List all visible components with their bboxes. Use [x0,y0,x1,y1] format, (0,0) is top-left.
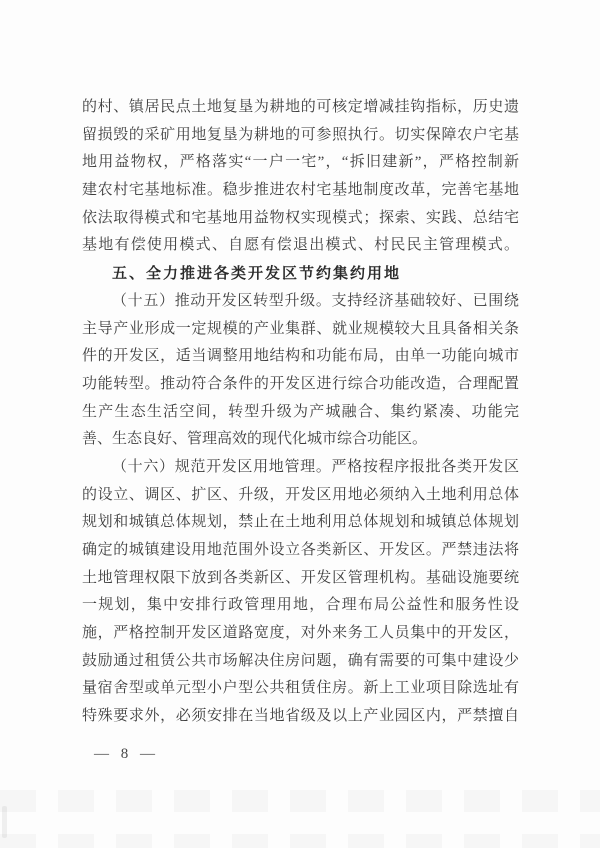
para-continued-from-previous-page: 的村、镇居民点土地复垦为耕地的可核定增减挂钩指标，历史遗留损毁的采矿用地复垦为耕… [82,94,519,260]
text-line: 建农村宅基地标准。稳步推进农村宅基地制度改革，完善宅基地 [82,177,519,205]
text-line: 确定的城镇建设用地范围外设立各类新区、开发区。严禁违法将 [82,537,519,565]
para-item-15: （十五）推动开发区转型升级。支持经济基础较好、已围绕主导产业形成一定规模的产业集… [82,288,519,454]
text-line: 主导产业形成一定规模的产业集群、就业规模较大且具备相关条 [82,316,519,344]
scan-artifact-band [0,790,600,812]
text-line: （十六）规范开发区用地管理。严格按程序报批各类开发区 [82,454,519,482]
text-line: （十五）推动开发区转型升级。支持经济基础较好、已围绕 [82,288,519,316]
text-line: 规划和城镇总体规划，禁止在土地利用总体规划和城镇总体规划 [82,509,519,537]
text-line: 留损毁的采矿用地复垦为耕地的可参照执行。切实保障农户宅基 [82,122,519,150]
text-line: 的设立、调区、扩区、升级，开发区用地必须纳入土地利用总体 [82,482,519,510]
section-heading-5: 五、全力推进各类开发区节约集约用地 [82,260,519,288]
text-line: 施，严格控制开发区道路宽度，对外来务工人员集中的开发区， [82,620,519,648]
text-line: 土地管理权限下放到各类新区、开发区管理机构。基础设施要统 [82,565,519,593]
scan-edge-mark [2,806,7,838]
text-line: 地用益物权，严格落实“一户一宅”，“拆旧建新”，严格控制新 [82,149,519,177]
text-line: 生产生态生活空间，转型升级为产城融合、集约紧凑、功能完 [82,399,519,427]
text-line: 件的开发区，适当调整用地结构和功能布局，由单一功能向城市 [82,343,519,371]
text-line: 功能转型。推动符合条件的开发区进行综合功能改造，合理配置 [82,371,519,399]
heading-line: 五、全力推进各类开发区节约集约用地 [82,260,519,288]
text-line: 鼓励通过租赁公共市场解决住房问题，确有需要的可集中建设少 [82,648,519,676]
document-page: 的村、镇居民点土地复垦为耕地的可核定增减挂钩指标，历史遗留损毁的采矿用地复垦为耕… [0,0,600,848]
text-line: 的村、镇居民点土地复垦为耕地的可核定增减挂钩指标，历史遗 [82,94,519,122]
text-line: 特殊要求外，必须安排在当地省级及以上产业园区内，严禁擅自 [82,703,519,731]
text-line: 量宿舍型或单元型小户型公共租赁住房。新上工业项目除选址有 [82,675,519,703]
document-content: 的村、镇居民点土地复垦为耕地的可核定增减挂钩指标，历史遗留损毁的采矿用地复垦为耕… [82,94,519,731]
text-line: 一规划，集中安排行政管理用地，合理布局公益性和服务性设 [82,592,519,620]
text-line: 基地有偿使用模式、自愿有偿退出模式、村民民主管理模式。 [82,232,519,260]
text-line: 依法取得模式和宅基地用益物权实现模式；探索、实践、总结宅 [82,205,519,233]
text-line: 善、生态良好、管理高效的现代化城市综合功能区。 [82,426,519,454]
scan-artifact-band [0,834,600,848]
page-number: — 8 — [94,746,159,763]
para-item-16: （十六）规范开发区用地管理。严格按程序报批各类开发区的设立、调区、扩区、升级，开… [82,454,519,731]
